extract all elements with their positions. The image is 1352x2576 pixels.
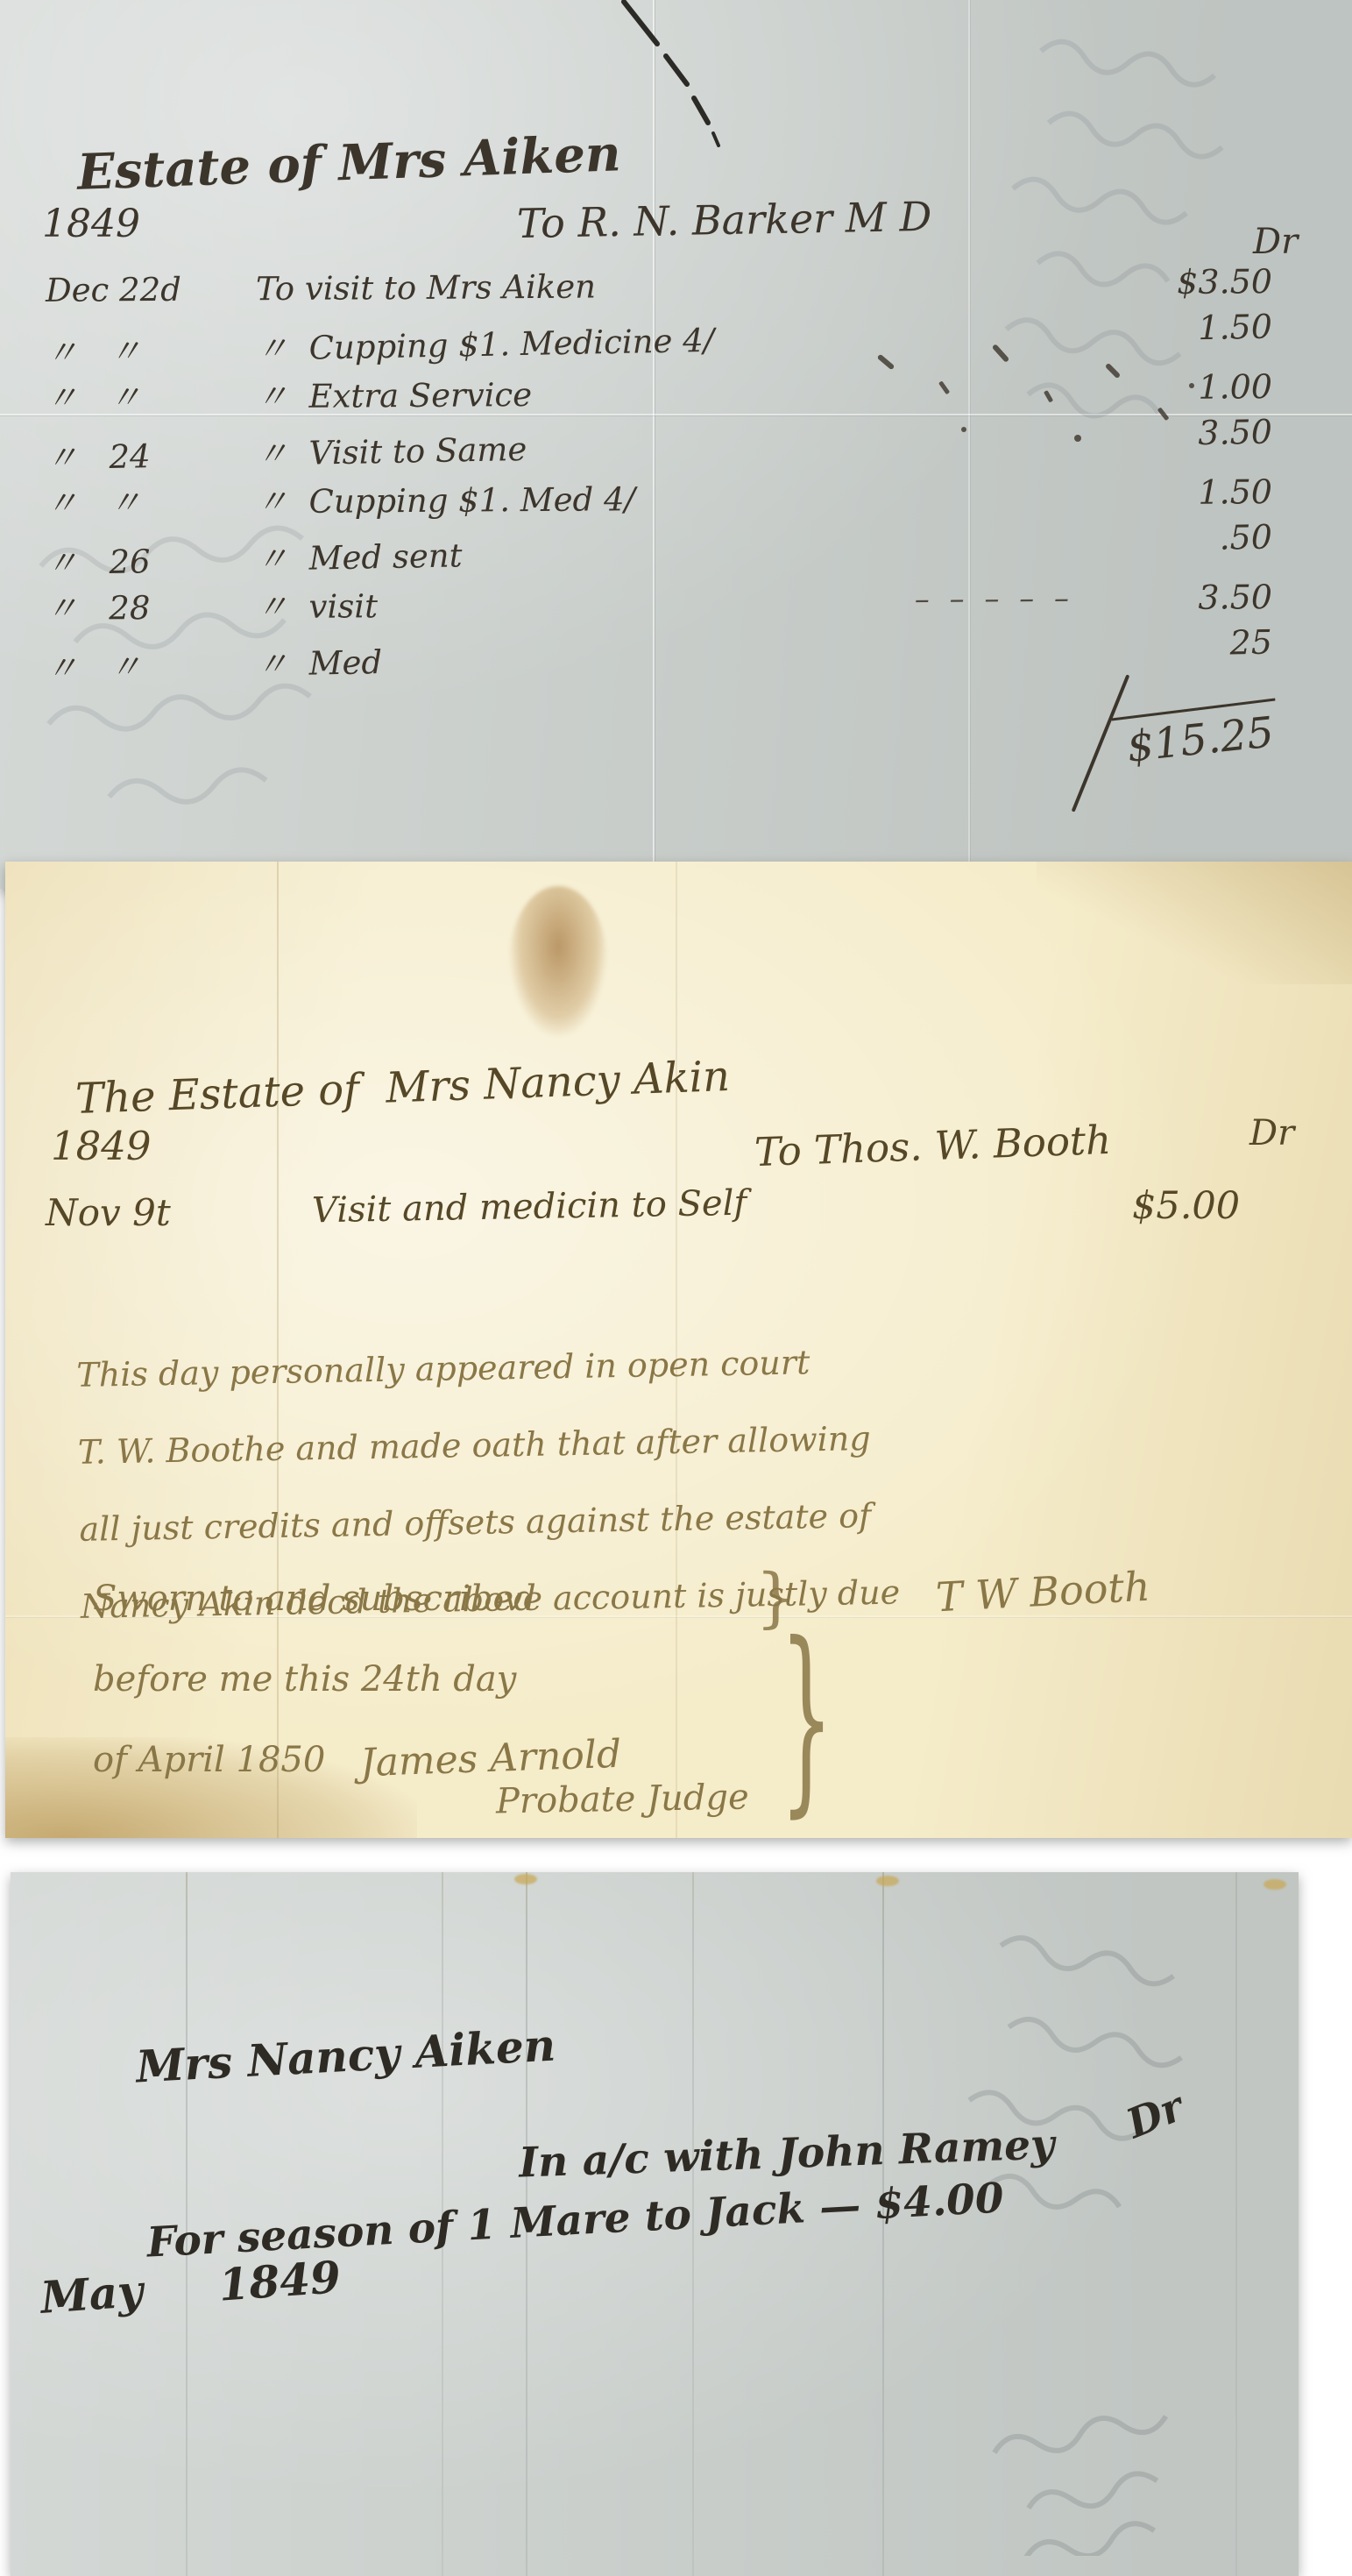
row-date: 〃 28 <box>46 580 256 629</box>
row-date: 〃 〃 <box>46 323 257 374</box>
row-amount: 1.00 <box>1106 367 1272 407</box>
paper-sheet: Estate of Mrs Aiken 1849 To R. N. Barker… <box>0 0 1352 889</box>
row-description: 〃 Extra Service <box>256 365 1074 418</box>
row-amount: $3.50 <box>1106 262 1272 302</box>
row-description: To visit to Mrs Aiken <box>256 264 1074 308</box>
brace-glyph: } <box>780 1608 833 1830</box>
paper-sheet: The Estate of Mrs Nancy Akin 1849 To Tho… <box>5 862 1352 1838</box>
bleedthrough-marks <box>957 1925 1281 2293</box>
attestation-line: Sworn to and subscribed <box>93 1579 536 1659</box>
judge-title: Probate Judge <box>496 1778 749 1820</box>
edge-stain <box>1264 1879 1286 1890</box>
bleedthrough-marks <box>983 2381 1281 2556</box>
doc2-dr-label: Dr <box>1249 1114 1294 1153</box>
doc2-entry-date: Nov 9t <box>46 1193 171 1233</box>
edge-stain <box>876 1876 899 1886</box>
doc1-title: Estate of Mrs Aiken <box>76 127 621 200</box>
scanned-estate-documents: Estate of Mrs Aiken 1849 To R. N. Barker… <box>0 0 1352 2576</box>
row-amount: 1.50 <box>1105 308 1272 350</box>
row-description: 〃 Cupping $1. Medicine 4/ <box>256 307 1075 370</box>
row-amount: 3.50 <box>1106 578 1272 617</box>
document-barker-account: Estate of Mrs Aiken 1849 To R. N. Barker… <box>0 0 1352 889</box>
judge-signature: James Arnold <box>359 1734 622 1785</box>
doc1-year: 1849 <box>42 203 140 245</box>
doc3-date: May 1849 <box>39 2253 342 2322</box>
row-amount: 3.50 <box>1105 413 1272 455</box>
row-description: 〃 Cupping $1. Med 4/ <box>256 470 1074 523</box>
row-description: 〃 Visit to Same <box>256 412 1075 475</box>
total-slash-stroke <box>1072 674 1130 812</box>
pen-stroke-mark <box>603 0 743 149</box>
doc3-title: Mrs Nancy Aiken <box>135 2020 556 2090</box>
row-date: 〃 〃 <box>46 475 256 524</box>
corner-shading <box>1037 862 1352 984</box>
doc1-total: $15.25 <box>1125 709 1277 770</box>
doc2-account-with: To Thos. W. Booth <box>754 1118 1112 1174</box>
attestation-line: before me this 24th day <box>93 1659 536 1740</box>
edge-stain <box>514 1874 537 1884</box>
row-amount: .50 <box>1105 518 1272 560</box>
doc2-year: 1849 <box>51 1125 152 1168</box>
row-date: 〃 〃 <box>46 638 257 690</box>
row-date: 〃 24 <box>46 428 257 479</box>
row-dashes: – – – – – <box>915 581 1075 617</box>
row-date: 〃 〃 <box>46 370 256 419</box>
paper-sheet: Mrs Nancy Aiken Dr In a/c with John Rame… <box>11 1872 1299 2576</box>
row-description: 〃 Med <box>256 622 1075 685</box>
doc2-title: The Estate of Mrs Nancy Akin <box>74 1054 730 1123</box>
document-ramey-receipt: Mrs Nancy Aiken Dr In a/c with John Rame… <box>11 1872 1299 2576</box>
booth-signature: T W Booth <box>935 1565 1151 1620</box>
doc2-entry-description: Visit and medicin to Self <box>312 1184 747 1231</box>
row-description: 〃 visit <box>256 576 915 628</box>
document-booth-affidavit: The Estate of Mrs Nancy Akin 1849 To Tho… <box>5 862 1352 1838</box>
ink-stain <box>509 886 607 1037</box>
row-date: 〃 26 <box>46 533 257 585</box>
row-description: 〃 Med sent <box>256 517 1075 580</box>
doc1-account-with: To R. N. Barker M D <box>517 195 932 246</box>
attestation-block: Sworn to and subscribed before me this 2… <box>93 1579 536 1820</box>
doc3-entry: For season of 1 Mare to Jack — $4.00 <box>145 2175 1005 2266</box>
doc1-line-items: Dec 22d To visit to Mrs Aiken $3.50 〃 〃 … <box>46 259 1272 680</box>
row-amount: 1.50 <box>1106 472 1272 512</box>
doc2-entry-amount: $5.00 <box>1132 1186 1240 1227</box>
row-date: Dec 22d <box>46 270 256 309</box>
row-amount: 25 <box>1105 623 1272 665</box>
